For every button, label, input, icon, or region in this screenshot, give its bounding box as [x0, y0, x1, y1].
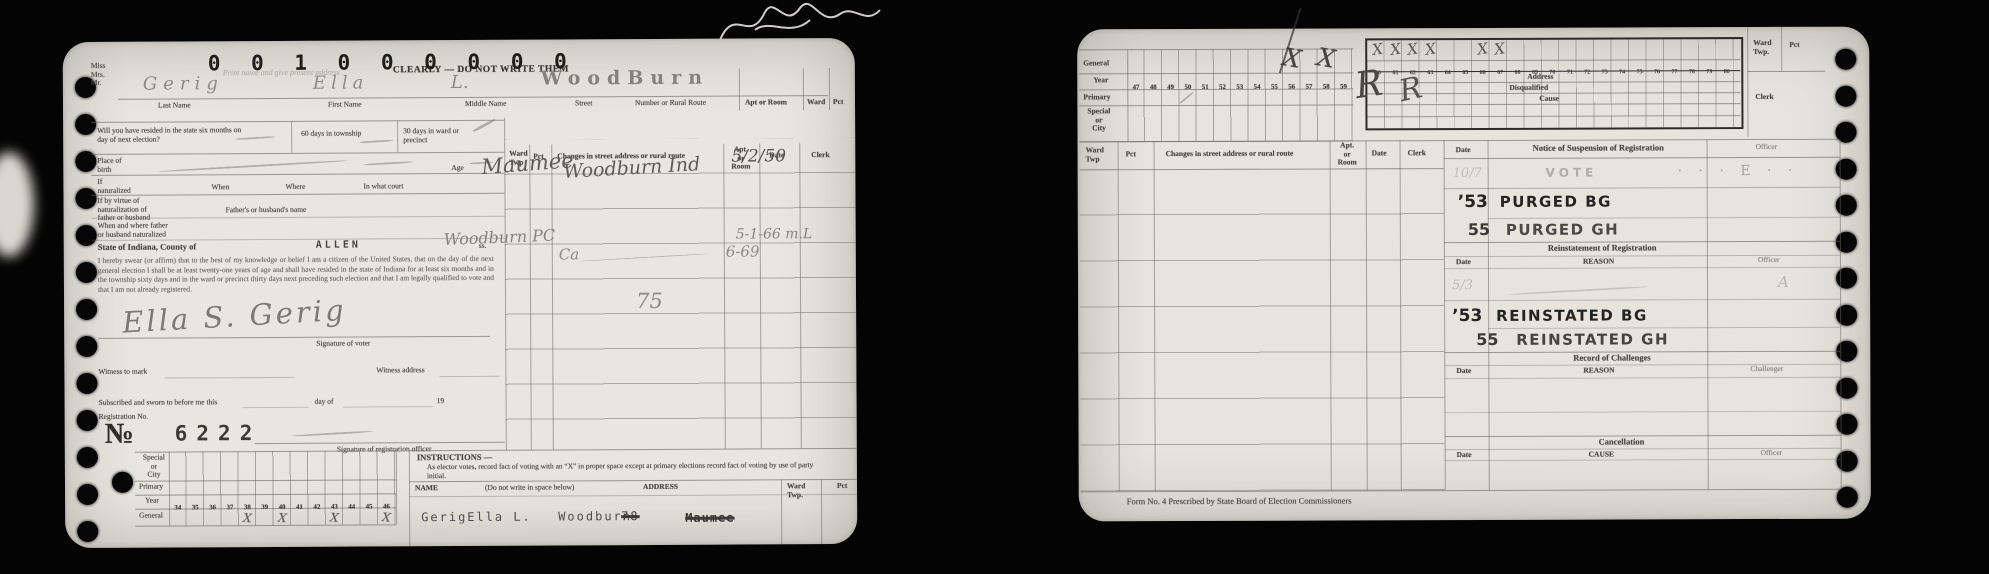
cancellation-title: Cancellation: [1599, 437, 1645, 447]
sworn-19: 19: [437, 397, 445, 406]
form-footer: Form No. 4 Prescribed by State Board of …: [1127, 496, 1352, 506]
year-tick: 79: [1706, 69, 1712, 75]
rule: [1747, 71, 1825, 72]
caption-middle-name: Middle Name: [465, 100, 506, 109]
age-label: Age: [451, 164, 464, 173]
instructions-body: As elector votes, record fact of voting …: [427, 461, 827, 481]
suspension-faint-note: VOTE: [1546, 166, 1598, 180]
inset-disqualified-label: Disqualified: [1509, 84, 1548, 93]
purged-55-stamp: PURGED GH: [1506, 220, 1619, 238]
voter-card-back: General Year Primary Special or City XX …: [1077, 27, 1871, 522]
punch-hole: [76, 262, 97, 283]
year-tick: 51: [1202, 84, 1209, 91]
punch-hole: [77, 521, 98, 542]
handwriting-squiggle: [293, 430, 373, 437]
suspension-officer-header: Officer: [1756, 143, 1778, 152]
table-ward-header: Ward Twp: [1086, 146, 1104, 163]
grid-label-special: Special or City: [1087, 107, 1110, 133]
year-tick: 78: [1689, 69, 1695, 75]
witness-address-label: Witness address: [376, 366, 424, 375]
father-when-label: When and where father or husband natural…: [98, 222, 168, 240]
punch-hole: [77, 447, 98, 468]
rule: [803, 68, 804, 110]
reinstatement-faint-date: 5/3: [1452, 278, 1473, 293]
rule: [1488, 327, 1840, 329]
punch-holes-right: [1835, 49, 1858, 508]
handwriting-squiggle: [363, 161, 413, 166]
year-tick: 68: [1515, 70, 1521, 76]
serial-number-stamp: 0 0 1 0 0 0 0 0 0: [208, 49, 576, 75]
signature-caption: Signature of voter: [316, 339, 370, 348]
voter-card-front: Print name and give present address CLEA…: [63, 38, 858, 548]
corner-ward-label: Ward Twp.: [1753, 39, 1771, 56]
rule: [1444, 187, 1840, 189]
challenges-date-header: Date: [1456, 367, 1471, 376]
no-symbol: №: [105, 418, 134, 451]
county-prefix: State of Indiana, County of: [98, 242, 197, 252]
disqualify-mark: X: [1424, 39, 1437, 58]
challenges-challenger-header: Challenger: [1750, 365, 1783, 374]
year-tick: 52: [1219, 84, 1226, 91]
rule: [91, 120, 504, 123]
disqualify-mark: X: [1476, 39, 1489, 58]
punch-hole: [1835, 49, 1856, 70]
disqualify-mark: X: [1389, 40, 1402, 59]
no-write-note: (Do not write in space below): [485, 483, 574, 492]
year-tick: 57: [1306, 84, 1313, 91]
cancellation-cause-header: CAUSE: [1589, 451, 1614, 460]
vote-mark: X: [242, 511, 252, 526]
rule: [1367, 115, 1740, 117]
vote-mark: X: [277, 511, 287, 526]
microfilm-scan: Print name and give present address CLEA…: [0, 0, 1989, 574]
changes-row-rules: [504, 138, 857, 450]
grid-label-year: Year: [145, 497, 159, 506]
registration-number: 6222: [175, 421, 262, 445]
vote-punch-hole: [112, 472, 133, 493]
inset-cause-label: Cause: [1539, 95, 1559, 104]
year-tick: 76: [1654, 69, 1660, 75]
rule: [1444, 299, 1840, 301]
year-tick: 67: [1497, 70, 1503, 76]
change-row3-text: Ca: [559, 245, 580, 263]
residency-q1: Will you have resided in the state six m…: [97, 126, 252, 144]
year-tick: 77: [1671, 69, 1677, 75]
inset-grid: XXXXXX 606162636465666768697071727374757…: [1365, 37, 1743, 130]
cancellation-date-header: Date: [1457, 451, 1472, 460]
year-tick: 50: [1184, 84, 1191, 91]
year-tick: 64: [1445, 70, 1451, 76]
year-tick: 48: [1150, 84, 1157, 91]
handwriting-squiggle: [1508, 286, 1648, 296]
pct-col-label: Pct: [837, 482, 847, 491]
year-tick: 53: [1236, 84, 1243, 91]
sworn-text: Subscribed and sworn to before me this: [99, 398, 218, 407]
rule: [1444, 411, 1840, 413]
voting-grid: Special or City Primary Year General 343…: [135, 450, 399, 525]
punch-hole: [76, 336, 97, 357]
disqualify-mark: X: [1406, 40, 1419, 59]
caption-apt: Apt or Room: [745, 98, 787, 107]
reinstatement-reason-header: REASON: [1583, 258, 1614, 267]
reinstated-55-stamp: REINSTATED GH: [1516, 330, 1669, 349]
year-tick: 66: [1480, 70, 1486, 76]
rule: [243, 407, 309, 408]
caption-ward: Ward: [807, 98, 825, 107]
father-name-label: Father's or husband's name: [226, 206, 307, 215]
punch-holes-left: [75, 77, 98, 542]
rule: [1707, 139, 1709, 489]
rule: [343, 406, 433, 407]
county-value: ALLEN: [316, 240, 361, 251]
change-row2-date: 5-1-66 m.L: [736, 226, 813, 242]
grid-label-general: General: [1083, 59, 1109, 68]
grid-label-general: General: [139, 512, 163, 521]
typed-township-struck: Maumee: [685, 511, 734, 525]
year-tick: 80: [1724, 69, 1730, 75]
corner-clerk-label: Clerk: [1755, 93, 1773, 102]
year-tick: 71: [1567, 70, 1573, 76]
reinstated-53-date: ’53: [1452, 306, 1482, 326]
corner-pct-label: Pct: [1789, 41, 1799, 50]
table-apt-header: Apt. or Room: [1338, 141, 1357, 167]
purged-53-date: ’53: [1458, 192, 1488, 212]
voting-grid-top: General Year Primary Special or City XX …: [1079, 44, 1365, 141]
change-row1-date: 5/2/50: [731, 146, 786, 166]
table-clerk-header: Clerk: [1408, 149, 1426, 158]
written-first-name: Ella: [313, 72, 368, 93]
ward-col-label: Ward Twp.: [787, 482, 805, 499]
reinstatement-faint-officer: A: [1778, 273, 1789, 291]
purged-53-stamp: PURGED BG: [1500, 193, 1612, 211]
caption-pct: Pct: [833, 98, 843, 107]
rule: [92, 216, 505, 219]
punch-hole: [77, 484, 98, 505]
reinstated-53-stamp: REINSTATED BG: [1496, 306, 1648, 325]
rule: [1444, 267, 1840, 269]
year-tick: 55: [1271, 84, 1278, 91]
year-tick: 74: [1619, 69, 1625, 75]
disqualify-mark: X: [1371, 40, 1384, 59]
grid-label-primary: Primary: [139, 483, 163, 492]
rule: [1747, 27, 1748, 137]
punch-hole: [75, 114, 96, 135]
residency-q3: 30 days in ward or precinct: [403, 127, 475, 145]
punch-hole: [75, 188, 96, 209]
year-tick: 75: [1637, 69, 1643, 75]
grid-year-row: 47484950515253545556575859: [1127, 75, 1352, 94]
year-tick: 59: [1340, 83, 1347, 90]
birth-label: Place of birth: [97, 157, 121, 174]
caption-first-name: First Name: [328, 101, 362, 110]
grid-label-special: Special or City: [143, 454, 165, 480]
table-changes-header: Changes in street address or rural route: [1166, 150, 1326, 159]
reinstatement-title: Reinstatement of Registration: [1548, 243, 1657, 253]
written-middle-name: L.: [451, 72, 469, 93]
rule: [291, 121, 292, 153]
table-pct-header: Pct: [1126, 150, 1136, 159]
rule: [1444, 157, 1840, 159]
rule: [91, 193, 504, 196]
rule: [781, 479, 782, 544]
year-tick: 72: [1584, 70, 1590, 76]
reinstatement-officer-header: Officer: [1758, 256, 1780, 265]
card-fragment: [0, 152, 34, 257]
caption-number: Number or Rural Route: [635, 99, 706, 108]
punch-hole: [76, 299, 97, 320]
typed-last-name: Gerig: [421, 510, 467, 524]
name-col-label: NAME: [415, 484, 438, 493]
table-date-header: Date: [1372, 149, 1387, 158]
rule: [1488, 140, 1490, 490]
inset-address-label: Address: [1527, 73, 1553, 82]
voter-signature: Ella S. Gerig: [121, 293, 347, 340]
year-tick: 63: [1427, 70, 1433, 76]
punch-hole: [76, 373, 97, 394]
hand-letter-1: R: [1353, 63, 1386, 107]
rule: [439, 376, 499, 377]
written-street: WoodBurn: [541, 67, 709, 90]
punch-hole: [1837, 487, 1858, 508]
year-tick: 49: [1167, 84, 1174, 91]
rule: [91, 173, 504, 176]
grid-general-row: XXXX: [169, 508, 395, 527]
disqualify-mark: X: [1493, 39, 1506, 58]
punch-hole: [76, 225, 97, 246]
handwriting-squiggle: [158, 160, 348, 173]
grid-label-primary: Primary: [1083, 93, 1110, 102]
rule: [1781, 27, 1782, 71]
naturalized-when: When: [211, 183, 229, 192]
rule: [397, 120, 398, 152]
challenges-reason-header: REASON: [1583, 367, 1614, 376]
caption-street: Street: [575, 99, 593, 108]
residency-q2: 60 days in township: [301, 129, 371, 138]
oath-text: I hereby swear (or affirm) that to the b…: [98, 254, 494, 294]
rule: [91, 152, 504, 155]
name-prefixes: Miss Mrs. Mr.: [91, 62, 106, 88]
inset-marks-row: XXXXXX: [1369, 39, 1735, 59]
rule: [396, 450, 397, 524]
cancellation-officer-header: Officer: [1761, 449, 1783, 458]
handwriting-squiggle: [359, 139, 393, 143]
rule: [164, 377, 294, 379]
typed-ward-struck: 78: [621, 509, 640, 523]
change-row3-date: 6-69: [726, 242, 760, 260]
rule: [821, 479, 822, 544]
year-tick: 56: [1288, 84, 1295, 91]
rule: [1444, 377, 1840, 379]
reinstatement-date-header: Date: [1456, 258, 1471, 267]
punch-hole: [77, 410, 98, 431]
written-last-name: Gerig: [143, 73, 224, 94]
rule: [1367, 81, 1740, 83]
rule: [1445, 459, 1841, 461]
purged-55-date: 55: [1468, 220, 1490, 239]
year-tick: 47: [1133, 84, 1140, 91]
suspension-faint-date: 10/7: [1453, 166, 1482, 181]
table-row-rules: [1080, 168, 1445, 491]
punch-hole: [1835, 85, 1856, 106]
naturalized-where: Where: [285, 183, 305, 192]
year-tick: 65: [1462, 70, 1468, 76]
witness-mark-label: Witness to mark: [98, 368, 147, 377]
year-tick: 54: [1254, 84, 1261, 91]
rule: [829, 68, 830, 110]
year-tick: 73: [1602, 70, 1608, 76]
rule: [739, 69, 740, 111]
vote-mark: X: [382, 510, 392, 525]
sworn-dayof: day of: [315, 398, 334, 407]
rule: [1444, 255, 1840, 257]
suspension-title: Notice of Suspension of Registration: [1533, 143, 1664, 153]
suspension-faint-marks: · · · E · ·: [1678, 163, 1799, 179]
change-row4-text: 75: [636, 289, 663, 313]
suspension-date-header: Date: [1456, 146, 1471, 155]
typed-first-name: Ella L.: [467, 510, 532, 524]
vote-mark: X: [329, 510, 339, 525]
reinstated-55-date: 55: [1476, 330, 1498, 349]
rule: [409, 450, 411, 546]
year-tick: 58: [1323, 84, 1330, 91]
caption-last-name: Last Name: [158, 101, 191, 110]
naturalized-label: If naturalized: [97, 178, 130, 195]
challenges-title: Record of Challenges: [1573, 353, 1650, 363]
rule: [1488, 217, 1840, 219]
address-col-label: ADDRESS: [643, 483, 678, 492]
naturalized-court: In what court: [363, 182, 403, 191]
grid-label-year: Year: [1093, 76, 1108, 85]
